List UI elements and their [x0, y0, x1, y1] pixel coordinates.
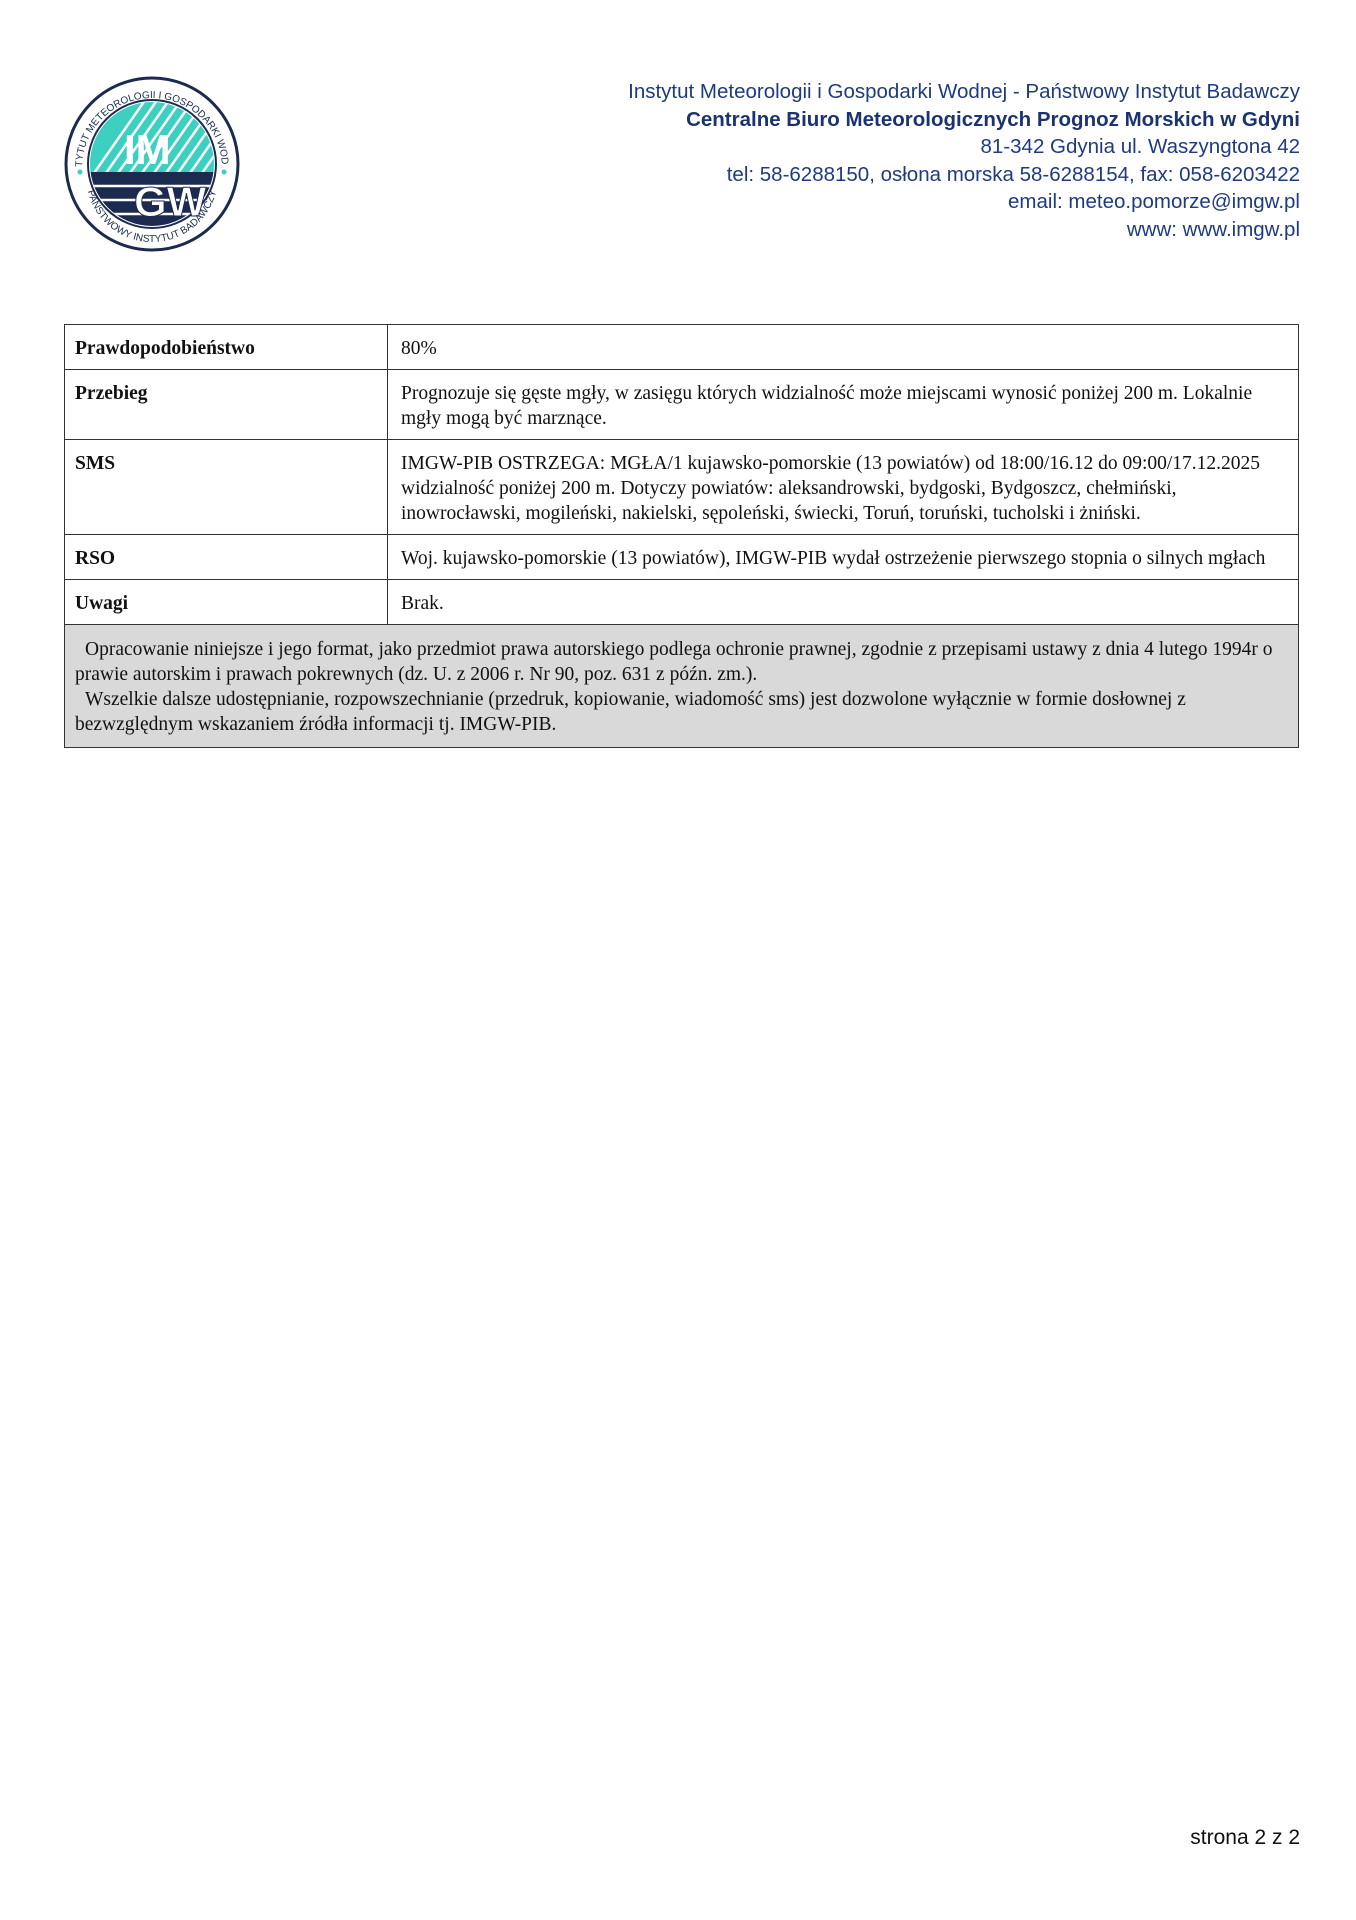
table-row: Uwagi Brak.	[65, 580, 1299, 625]
table-row: SMS IMGW-PIB OSTRZEGA: MGŁA/1 kujawsko-p…	[65, 440, 1299, 535]
row-value-probability: 80%	[388, 325, 1299, 370]
row-value-rso: Woj. kujawsko-pomorskie (13 powiatów), I…	[388, 535, 1299, 580]
row-value-sms: IMGW-PIB OSTRZEGA: MGŁA/1 kujawsko-pomor…	[388, 440, 1299, 535]
row-label-course: Przebieg	[65, 370, 388, 440]
row-label-sms: SMS	[65, 440, 388, 535]
website-line[interactable]: www: www.imgw.pl	[628, 216, 1300, 244]
institution-header: Instytut Meteorologii i Gospodarki Wodne…	[628, 78, 1300, 243]
row-label-probability: Prawdopodobieństwo	[65, 325, 388, 370]
copyright-notice: Opracowanie niniejsze i jego format, jak…	[65, 625, 1299, 748]
row-label-notes: Uwagi	[65, 580, 388, 625]
email-line[interactable]: email: meteo.pomorze@imgw.pl	[628, 188, 1300, 216]
copyright-row: Opracowanie niniejsze i jego format, jak…	[65, 625, 1299, 748]
address: 81-342 Gdynia ul. Waszyngtona 42	[628, 133, 1300, 161]
table-row: RSO Woj. kujawsko-pomorskie (13 powiatów…	[65, 535, 1299, 580]
svg-text:IM: IM	[124, 126, 171, 173]
page-number: strona 2 z 2	[1190, 1826, 1300, 1850]
warning-details-table: Prawdopodobieństwo 80% Przebieg Prognozu…	[64, 324, 1299, 748]
imgw-logo: IM GW INSTYTUT METEOROLOGII I GOSPODARKI…	[64, 76, 240, 252]
row-value-notes: Brak.	[388, 580, 1299, 625]
institute-name: Instytut Meteorologii i Gospodarki Wodne…	[628, 78, 1300, 106]
row-value-course: Prognozuje się gęste mgły, w zasięgu któ…	[388, 370, 1299, 440]
copyright-paragraph-1: Opracowanie niniejsze i jego format, jak…	[75, 637, 1285, 687]
phone-line: tel: 58-6288150, osłona morska 58-628815…	[628, 161, 1300, 189]
row-label-rso: RSO	[65, 535, 388, 580]
table-row: Prawdopodobieństwo 80%	[65, 325, 1299, 370]
imgw-logo-icon: IM GW INSTYTUT METEOROLOGII I GOSPODARKI…	[64, 76, 240, 252]
copyright-paragraph-2: Wszelkie dalsze udostępnianie, rozpowsze…	[75, 687, 1285, 737]
office-name: Centralne Biuro Meteorologicznych Progno…	[628, 106, 1300, 134]
table-row: Przebieg Prognozuje się gęste mgły, w za…	[65, 370, 1299, 440]
